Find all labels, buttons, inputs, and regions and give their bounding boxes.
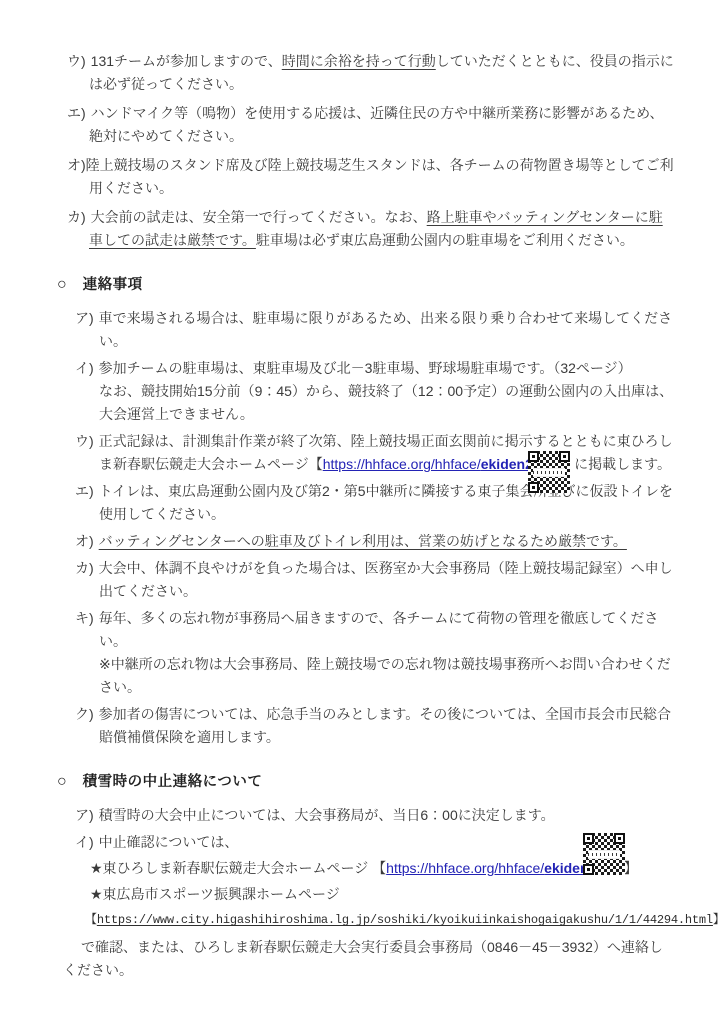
- section-header-contact: ○ 連絡事項: [57, 273, 674, 297]
- qr-finder: [583, 833, 594, 844]
- item-marker: ア): [75, 807, 94, 823]
- item-text: 131チームが参加しますので、: [91, 53, 282, 69]
- contact-item-a: ア)車で来場される場合は、駐車場に限りがあるため、出来る限り乗り合わせて来場して…: [75, 307, 674, 353]
- item-text: 大会中、体調不良やけがを負った場合は、医務室か大会事務局（陸上競技場記録室）へ申…: [99, 560, 673, 599]
- contact-list: ア)車で来場される場合は、駐車場に限りがあるため、出来る限り乗り合わせて来場して…: [75, 307, 674, 749]
- bracket: 【: [85, 913, 97, 927]
- item-text: ★東広島市スポーツ振興課ホームページ: [90, 886, 340, 902]
- item-text: で確認、または、ひろしま新春駅伝競走大会実行委員会事務局（0846－45－393…: [63, 939, 663, 978]
- qr-code: [528, 451, 570, 493]
- qr-label-band: [588, 850, 620, 859]
- item-text: 】に掲載します。: [560, 456, 671, 472]
- item-marker: ク): [75, 706, 94, 722]
- link-text[interactable]: https://hhface.org/hhface/: [323, 456, 481, 472]
- item-text: 中止確認については、: [99, 834, 239, 850]
- contact-item-i: イ)参加チームの駐車場は、東駐車場及び北－3駐車場、野球場駐車場です。（32ペー…: [75, 357, 674, 426]
- qr-code: [583, 833, 625, 875]
- qr-label-band: [533, 468, 565, 477]
- snow-item-i: イ)中止確認については、 ★東ひろしま新春駅伝競走大会ホームページ 【https…: [57, 831, 674, 982]
- qr-finder: [559, 451, 570, 462]
- qr-finder: [528, 482, 539, 493]
- item-marker: ア): [75, 310, 94, 326]
- top-list: ウ)131チームが参加しますので、時間に余裕を持って行動していただくとともに、役…: [67, 50, 674, 252]
- item-marker: ウ): [75, 433, 94, 449]
- underlined-text: バッティングセンターへの駐車及びトイレ利用は、営業の妨げとなるため厳禁です。: [99, 533, 627, 549]
- item-marker: エ): [75, 483, 94, 499]
- bracket: 】: [713, 913, 724, 927]
- contact-item-ku: ク)参加者の傷害については、応急手当のみとします。その後については、全国市長会市…: [75, 703, 674, 749]
- item-text: 大会前の試走は、安全第一で行ってください。なお、: [91, 209, 427, 225]
- qr-finder: [614, 833, 625, 844]
- top-item-e: エ)ハンドマイク等（鳴物）を使用する応援は、近隣住民の方や中継所業務に影響がある…: [67, 102, 674, 148]
- top-item-u: ウ)131チームが参加しますので、時間に余裕を持って行動していただくとともに、役…: [67, 50, 674, 96]
- item-marker: オ): [67, 157, 86, 173]
- section-header-snow: ○ 積雪時の中止連絡について: [57, 770, 674, 794]
- snow-item-a-wrap: ア)積雪時の大会中止については、大会事務局が、当日6：00に決定します。: [75, 804, 674, 827]
- circle-bullet: ○: [57, 770, 67, 793]
- contact-item-e: エ)トイレは、東広島運動公園内及び第2・第5中継所に隣接する東子集会所並びに仮設…: [75, 480, 674, 526]
- item-text: 参加者の傷害については、応急手当のみとします。その後については、全国市長会市民総…: [99, 706, 671, 745]
- circle-bullet: ○: [57, 273, 67, 296]
- snow-item-a: ア)積雪時の大会中止については、大会事務局が、当日6：00に決定します。: [75, 804, 674, 827]
- item-text: ハンドマイク等（鳴物）を使用する応援は、近隣住民の方や中継所業務に影響があるため…: [89, 105, 664, 144]
- city-homepage-link[interactable]: https://www.city.higashihiroshima.lg.jp/…: [97, 913, 713, 927]
- contact-item-u: ウ)正式記録は、計測集計作業が終了次第、陸上競技場正面玄関前に掲示するとともに東…: [75, 430, 674, 476]
- city-url-line: 【https://www.city.higashihiroshima.lg.jp…: [85, 909, 674, 932]
- snow-list: ア)積雪時の大会中止については、大会事務局が、当日6：00に決定します。 イ)中…: [57, 804, 674, 982]
- section-title: 積雪時の中止連絡について: [83, 771, 263, 794]
- ekiden-homepage-link[interactable]: https://hhface.org/hhface/ekiden2026/: [323, 456, 560, 472]
- top-item-o: オ)陸上競技場のスタンド席及び陸上競技場芝生スタンドは、各チームの荷物置き場等と…: [67, 154, 674, 200]
- contact-item-ka: カ)大会中、体調不良やけがを負った場合は、医務室か大会事務局（陸上競技場記録室）…: [75, 557, 674, 603]
- item-text: なお、競技開始15分前（9：45）から、競技終了（12：00予定）の運動公園内の…: [99, 380, 674, 426]
- item-text: 】: [624, 860, 638, 876]
- item-note: ※中継所の忘れ物は大会事務局、陸上競技場での忘れ物は競技場事務所へお問い合わせく…: [99, 653, 674, 699]
- contact-item-ki: キ)毎年、多くの忘れ物が事務局へ届きますので、各チームにて荷物の管理を徹底してく…: [75, 607, 674, 699]
- item-marker: オ): [75, 533, 94, 549]
- item-text: ★東ひろしま新春駅伝競走大会ホームページ 【: [90, 860, 386, 876]
- item-text: 駐車場は必ず東広島運動公園内の駐車場をご利用ください。: [256, 232, 634, 248]
- item-marker: カ): [75, 560, 94, 576]
- snow-closing: で確認、または、ひろしま新春駅伝競走大会実行委員会事務局（0846－45－393…: [63, 936, 674, 982]
- underlined-text: 時間に余裕を持って行動: [282, 53, 436, 69]
- item-text: 積雪時の大会中止については、大会事務局が、当日6：00に決定します。: [99, 807, 555, 823]
- snow-star-city: ★東広島市スポーツ振興課ホームページ: [90, 883, 674, 906]
- link-text[interactable]: https://hhface.org/hhface/: [386, 860, 544, 876]
- top-item-ka: カ)大会前の試走は、安全第一で行ってください。なお、路上駐車やバッティングセンタ…: [67, 206, 674, 252]
- item-marker: エ): [67, 105, 86, 121]
- contact-item-o: オ)バッティングセンターへの駐車及びトイレ利用は、営業の妨げとなるため厳禁です。: [75, 530, 674, 553]
- item-marker: カ): [67, 209, 86, 225]
- item-text: 参加チームの駐車場は、東駐車場及び北－3駐車場、野球場駐車場です。（32ページ）: [99, 360, 632, 376]
- item-text: トイレは、東広島運動公園内及び第2・第5中継所に隣接する東子集会所並びに仮設トイ…: [99, 483, 673, 522]
- document-page: ウ)131チームが参加しますので、時間に余裕を持って行動していただくとともに、役…: [0, 0, 724, 1024]
- qr-finder: [528, 451, 539, 462]
- item-marker: イ): [75, 834, 94, 850]
- section-title: 連絡事項: [83, 274, 143, 297]
- item-marker: イ): [75, 360, 94, 376]
- item-marker: キ): [75, 610, 94, 626]
- item-text: 陸上競技場のスタンド席及び陸上競技場芝生スタンドは、各チームの荷物置き場等として…: [86, 157, 674, 196]
- item-text: 毎年、多くの忘れ物が事務局へ届きますので、各チームにて荷物の管理を徹底してくださ…: [99, 610, 659, 649]
- qr-finder: [583, 864, 594, 875]
- item-marker: ウ): [67, 53, 86, 69]
- item-text: 車で来場される場合は、駐車場に限りがあるため、出来る限り乗り合わせて来場してくだ…: [99, 310, 672, 349]
